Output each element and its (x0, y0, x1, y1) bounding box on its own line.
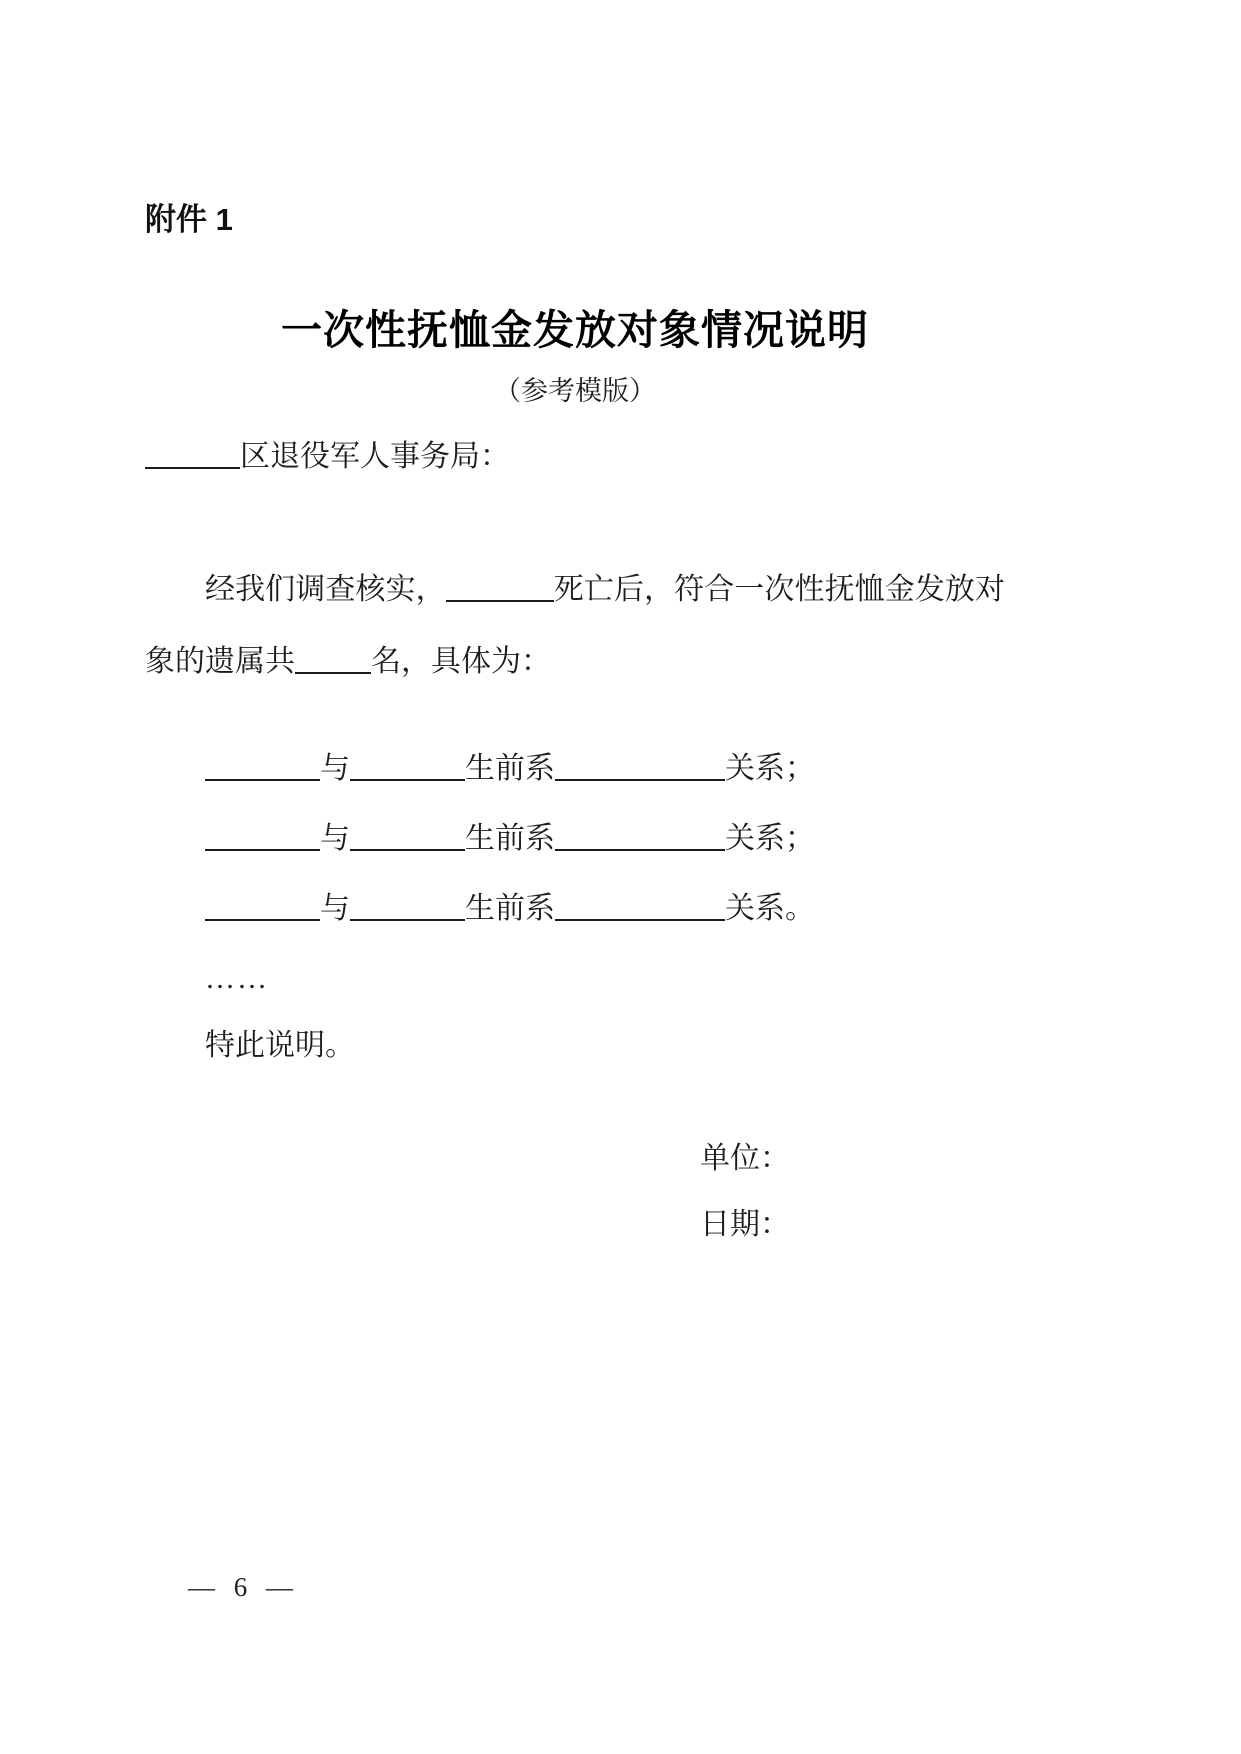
blank-field-deceased-name (446, 570, 554, 602)
relationship-line: 与生前系关系； (145, 804, 1005, 874)
relationship-end: 关系； (725, 752, 815, 785)
relationship-mid: 生前系 (465, 822, 555, 855)
relationship-conj: 与 (320, 752, 350, 785)
blank-field-deceased-name (350, 889, 465, 921)
relationship-mid: 生前系 (465, 892, 555, 925)
blank-field-relationship-type (555, 889, 725, 921)
blank-field-relationship-type (555, 749, 725, 781)
document-title: 一次性抚恤金发放对象情况说明 (145, 302, 1005, 358)
relationship-line: 与生前系关系； (145, 734, 1005, 804)
page-number: — 6 — (188, 1572, 299, 1603)
relationship-mid: 生前系 (465, 752, 555, 785)
addressee-text: 区退役军人事务局： (240, 440, 510, 473)
document-content: 附件 1 一次性抚恤金发放对象情况说明 （参考模版） 区退役军人事务局： 经我们… (145, 198, 1005, 1258)
document-page: 附件 1 一次性抚恤金发放对象情况说明 （参考模版） 区退役军人事务局： 经我们… (0, 0, 1241, 1754)
relationship-end: 关系。 (725, 892, 815, 925)
ellipsis-line: …… (145, 952, 1005, 1006)
blank-field-relative-name (205, 819, 320, 851)
relationship-conj: 与 (320, 892, 350, 925)
blank-field-deceased-name (350, 749, 465, 781)
attachment-label: 附件 1 (145, 198, 1005, 242)
paragraph-text-3: 名，具体为： (371, 645, 551, 678)
closing-statement: 特此说明。 (145, 1018, 1005, 1074)
body-paragraph: 经我们调查核实，死亡后，符合一次性抚恤金发放对象的遗属共名，具体为： (145, 554, 1005, 698)
blank-field-relative-name (205, 889, 320, 921)
relationship-conj: 与 (320, 822, 350, 855)
relationship-end: 关系； (725, 822, 815, 855)
date-label: 日期： (700, 1192, 1005, 1258)
blank-field-count (295, 642, 371, 674)
signature-block: 单位： 日期： (145, 1126, 1005, 1258)
relationship-list: 与生前系关系； 与生前系关系； 与生前系关系。 (145, 734, 1005, 944)
paragraph-text-1: 经我们调查核实， (205, 573, 446, 606)
unit-label: 单位： (700, 1126, 1005, 1192)
blank-field-district (145, 437, 240, 469)
blank-field-deceased-name (350, 819, 465, 851)
blank-field-relationship-type (555, 819, 725, 851)
relationship-line: 与生前系关系。 (145, 874, 1005, 944)
addressee-line: 区退役军人事务局： (145, 434, 1005, 480)
blank-field-relative-name (205, 749, 320, 781)
document-subtitle: （参考模版） (145, 372, 1005, 410)
